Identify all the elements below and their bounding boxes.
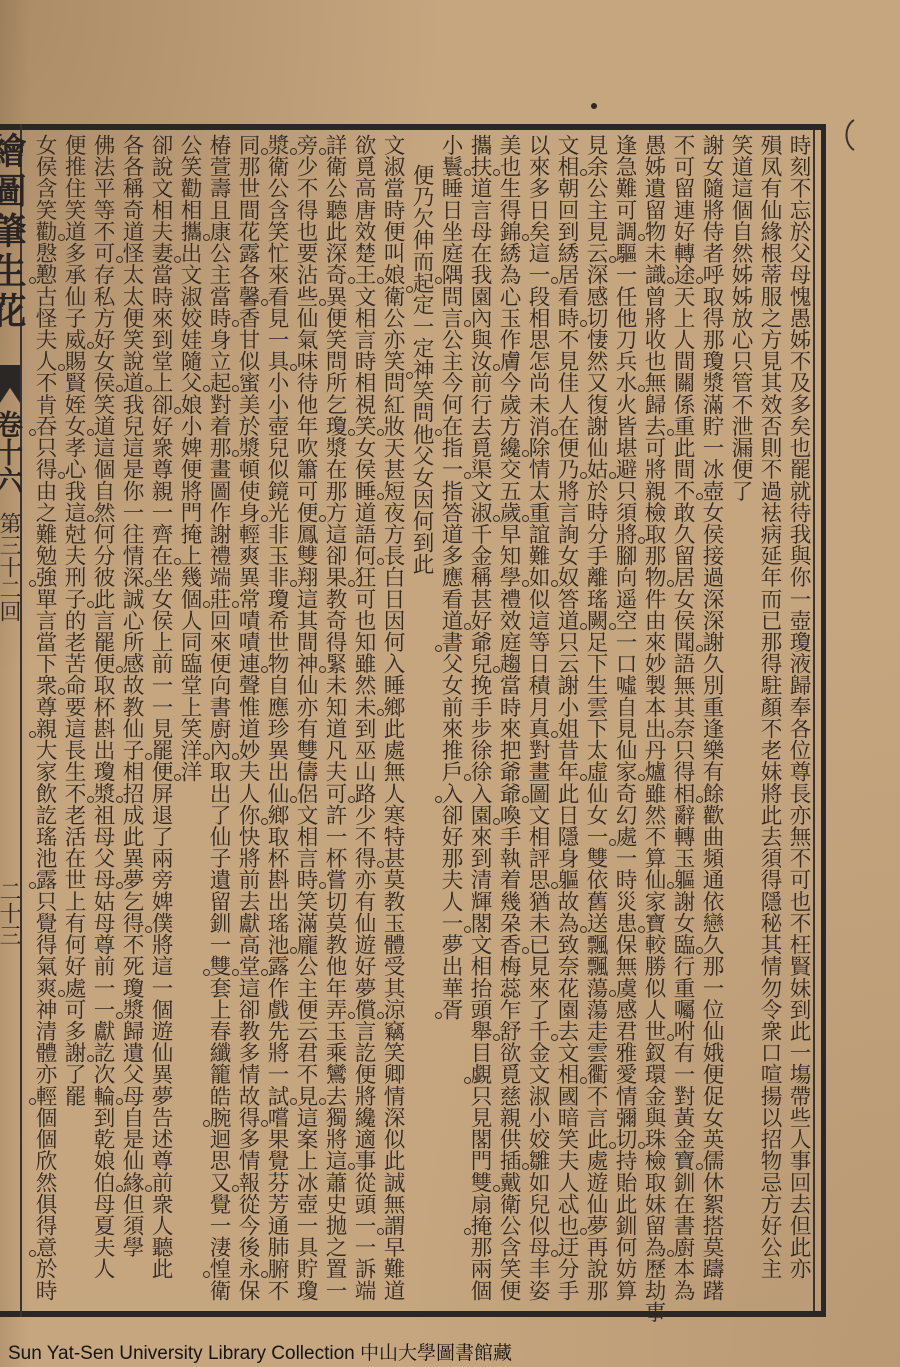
main-text-block: 時刻不忘於父母愧愚姊不及多矣也罷就待我與你一壺瓊液歸奉各位尊長亦無不可也不枉賢妹… <box>30 134 813 1310</box>
fishtail-mark-icon <box>0 365 20 403</box>
text-column: 詳衛公聽此深奇異便笑問所乞瓊漿在那方這卻果教奇得緊未知道凡夫可許一杯嘗切莫教他年… <box>320 134 349 1310</box>
book-title: 繪圖肇生花 <box>0 132 26 332</box>
text-column: 殞凤有仙緣根蒂服之方見其效否則不過袪病延年而已那得駐顏不老妹將此去須得隱秘其情勿… <box>755 134 784 1310</box>
volume-label: 卷十六 <box>0 410 24 494</box>
frame-border-right-inner <box>813 130 815 1311</box>
text-column: 公笑勸相攜出文淑姣娃隨父娘小婢便將門掩上幾個人同臨堂上笑洋洋 <box>175 134 204 1310</box>
text-column: 女侯含笑勸慇懃古怪夫人不肯吞只得由之難勉強單言當下衆尊親大家飲訖瑤池露只覺得氣爽… <box>30 134 59 1310</box>
text-column: 攜扶道言母在我園內與汝前行去覓渠文淑千金稱甚好爺兒挽手步徐徐入園來到清輝閣文相抬… <box>465 134 494 1310</box>
text-column: 小鬟睡日坐庭隅問言公主今何在指一指答道多應看道書父女前來推戶入卻好那夫人一夢出華… <box>436 134 465 1310</box>
text-column: 便推住笑道多承仙子威賜賢姪女孝心我這尅夫刑子的老苦命要這長生不老活在世上有何好處… <box>59 134 88 1310</box>
text-column: 美也生得錦綉為心玉作膚今歲方纔交五歲早知學禮效庭趨當時來把爺爺喚手執着幾朶香梅蕊… <box>494 134 523 1310</box>
frame-border-bottom <box>0 1311 826 1317</box>
text-column: 謝女隨將侍者呼取得那瓊漿滿貯一冰壺女侯接過深深謝久別重逢樂有餘歡曲頻通依戀久那一… <box>697 134 726 1310</box>
binding-hole-mark <box>840 118 860 152</box>
chapter-label: 第三十二回 <box>0 512 22 622</box>
text-column: 文相朝回到綉居看時不見佳人在便乃將言詢女奴答道只云謝小姐昔年此日隱身軀故為致奈花… <box>552 134 581 1310</box>
page-number: 二十三 <box>0 880 22 946</box>
text-column: 文淑當時便叫娘衛公亦笑問紅妝天甚短夜方長白日因何入睡鄉此處無人寒特甚莫教玉體受其… <box>378 134 407 1310</box>
text-column: 時刻不忘於父母愧愚姊不及多矣也罷就待我與你一壺瓊液歸奉各位尊長亦無不可也不枉賢妹… <box>784 134 813 1310</box>
text-column: 同那世間花露各馨香甘似蜜美於漿頓使身輕爽異常嘖嘖連聲惟道妙夫人你快將前去獻高堂這… <box>233 134 262 1310</box>
text-column: 卻說文相夫妻當時來到堂上卻好衆尊親一齊在坐女侯上前一一見罷便屏退了兩旁婢僕將這一… <box>146 134 175 1310</box>
text-column: 見余公主見云深感切悽然又復謝仙姑於時分手離瑤闕足下生雲下太虛仙女一雙依舊送飄飄蕩… <box>581 134 610 1310</box>
text-column: 愚姊遺留物未識曾將收也無歸去可將親檢取那物件由來妙製本出丹爐雖然不算仙家寶較勝似… <box>639 134 668 1310</box>
frame-border-right-outer <box>821 124 826 1317</box>
ink-speck <box>591 103 597 109</box>
library-collection-credit: Sun Yat-Sen University Library Collectio… <box>8 1338 512 1365</box>
text-column: 欲覓高唐效楚王文相言時相視笑女侯睡道語何狂可也知雖然未到巫山路少不得亦有仙遊好夢… <box>349 134 378 1310</box>
text-column: 旁少不得也要沾些仙氣味待他年吹簫可便鳳雙翔這其間神仙亦有雙儔侶文相言時笑滿龐公主… <box>291 134 320 1310</box>
text-column: 笑道這個自然姊姊放心只管不泄漏便了 <box>726 134 755 1310</box>
text-column: 逢急難可調驅一任他刀兵水火皆堪避只須將腳向遥空一口噓自見仙家奇幻處一時災患保無虞… <box>610 134 639 1310</box>
text-column-indented: 便乃欠伸而起定一定神笑問他父女因何到此 <box>407 134 436 1310</box>
text-column: 各各稱奇道怪太太便笑說道我兒這是你一往情深誠心所感故教仙子相招成此異夢乞得不死瓊… <box>117 134 146 1310</box>
text-column: 不可留連好轉途天上人間關係重此間不敢久留居女侯聞語無其奈只得相辭轉玉軀謝女臨行重… <box>668 134 697 1310</box>
text-column: 漿衛公含笑忙來看見一具小小壺兒似鏡光非玉非瓊希世物自應珍異出仙鄉取杯斟出瑤池露作… <box>262 134 291 1310</box>
text-column: 以來多日矣這一段相思怎尚未消除情太重誼難如似這等日積月真對畫圖文相評思猶未已見來… <box>523 134 552 1310</box>
frame-border-top <box>0 124 826 130</box>
text-column: 佛法平等不可存私方好女侯笑道這個自然何分彼此言罷便取杯斟出瓊漿祖母父母姑母尊前一… <box>88 134 117 1310</box>
text-column: 椿萱壽且康公主當時身立起對着那畫圖作謝禮端莊回來便向書廚內取出了仙子遺留釧一雙套… <box>204 134 233 1310</box>
